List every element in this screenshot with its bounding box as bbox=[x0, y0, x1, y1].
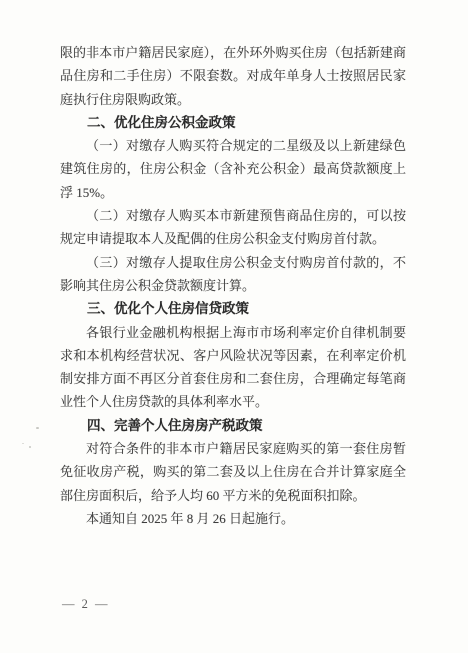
scan-speckle bbox=[36, 427, 39, 429]
paragraph-provident-item-1: （一）对缴存人购买符合规定的二星级及以上新建绿色建筑住房的，住房公积金（含补充公… bbox=[60, 134, 406, 204]
section-heading-provident-fund: 二、优化住房公积金政策 bbox=[60, 111, 406, 134]
paragraph-provident-item-3: （三）对缴存人提取住房公积金支付购房首付款的，不影响其住房公积金贷款额度计算。 bbox=[60, 251, 406, 298]
paragraph-effective-date: 本通知自 2025 年 8 月 26 日起施行。 bbox=[60, 507, 406, 530]
paragraph-credit-policy: 各银行业金融机构根据上海市市场利率定价自律机制要求和本机构经营状况、客户风险状况… bbox=[60, 321, 406, 414]
document-page: 限的非本市户籍居民家庭），在外环外购买住房（包括新建商品住房和二手住房）不限套数… bbox=[0, 0, 468, 653]
scan-speckle bbox=[29, 446, 31, 448]
page-number: — 2 — bbox=[62, 597, 110, 612]
paragraph-property-tax: 对符合条件的非本市户籍居民家庭购买的第一套住房暂免征收房产税，购买的第二套及以上… bbox=[60, 437, 406, 507]
document-body: 限的非本市户籍居民家庭），在外环外购买住房（包括新建商品住房和二手住房）不限套数… bbox=[60, 41, 406, 530]
scan-speckle bbox=[22, 443, 24, 444]
paragraph-provident-item-2: （二）对缴存人购买本市新建预售商品住房的，可以按规定申请提取本人及配偶的住房公积… bbox=[60, 204, 406, 251]
paragraph-purchase-limit-continuation: 限的非本市户籍居民家庭），在外环外购买住房（包括新建商品住房和二手住房）不限套数… bbox=[60, 41, 406, 111]
section-heading-property-tax: 四、完善个人住房房产税政策 bbox=[60, 414, 406, 437]
section-heading-credit-policy: 三、优化个人住房信贷政策 bbox=[60, 297, 406, 320]
